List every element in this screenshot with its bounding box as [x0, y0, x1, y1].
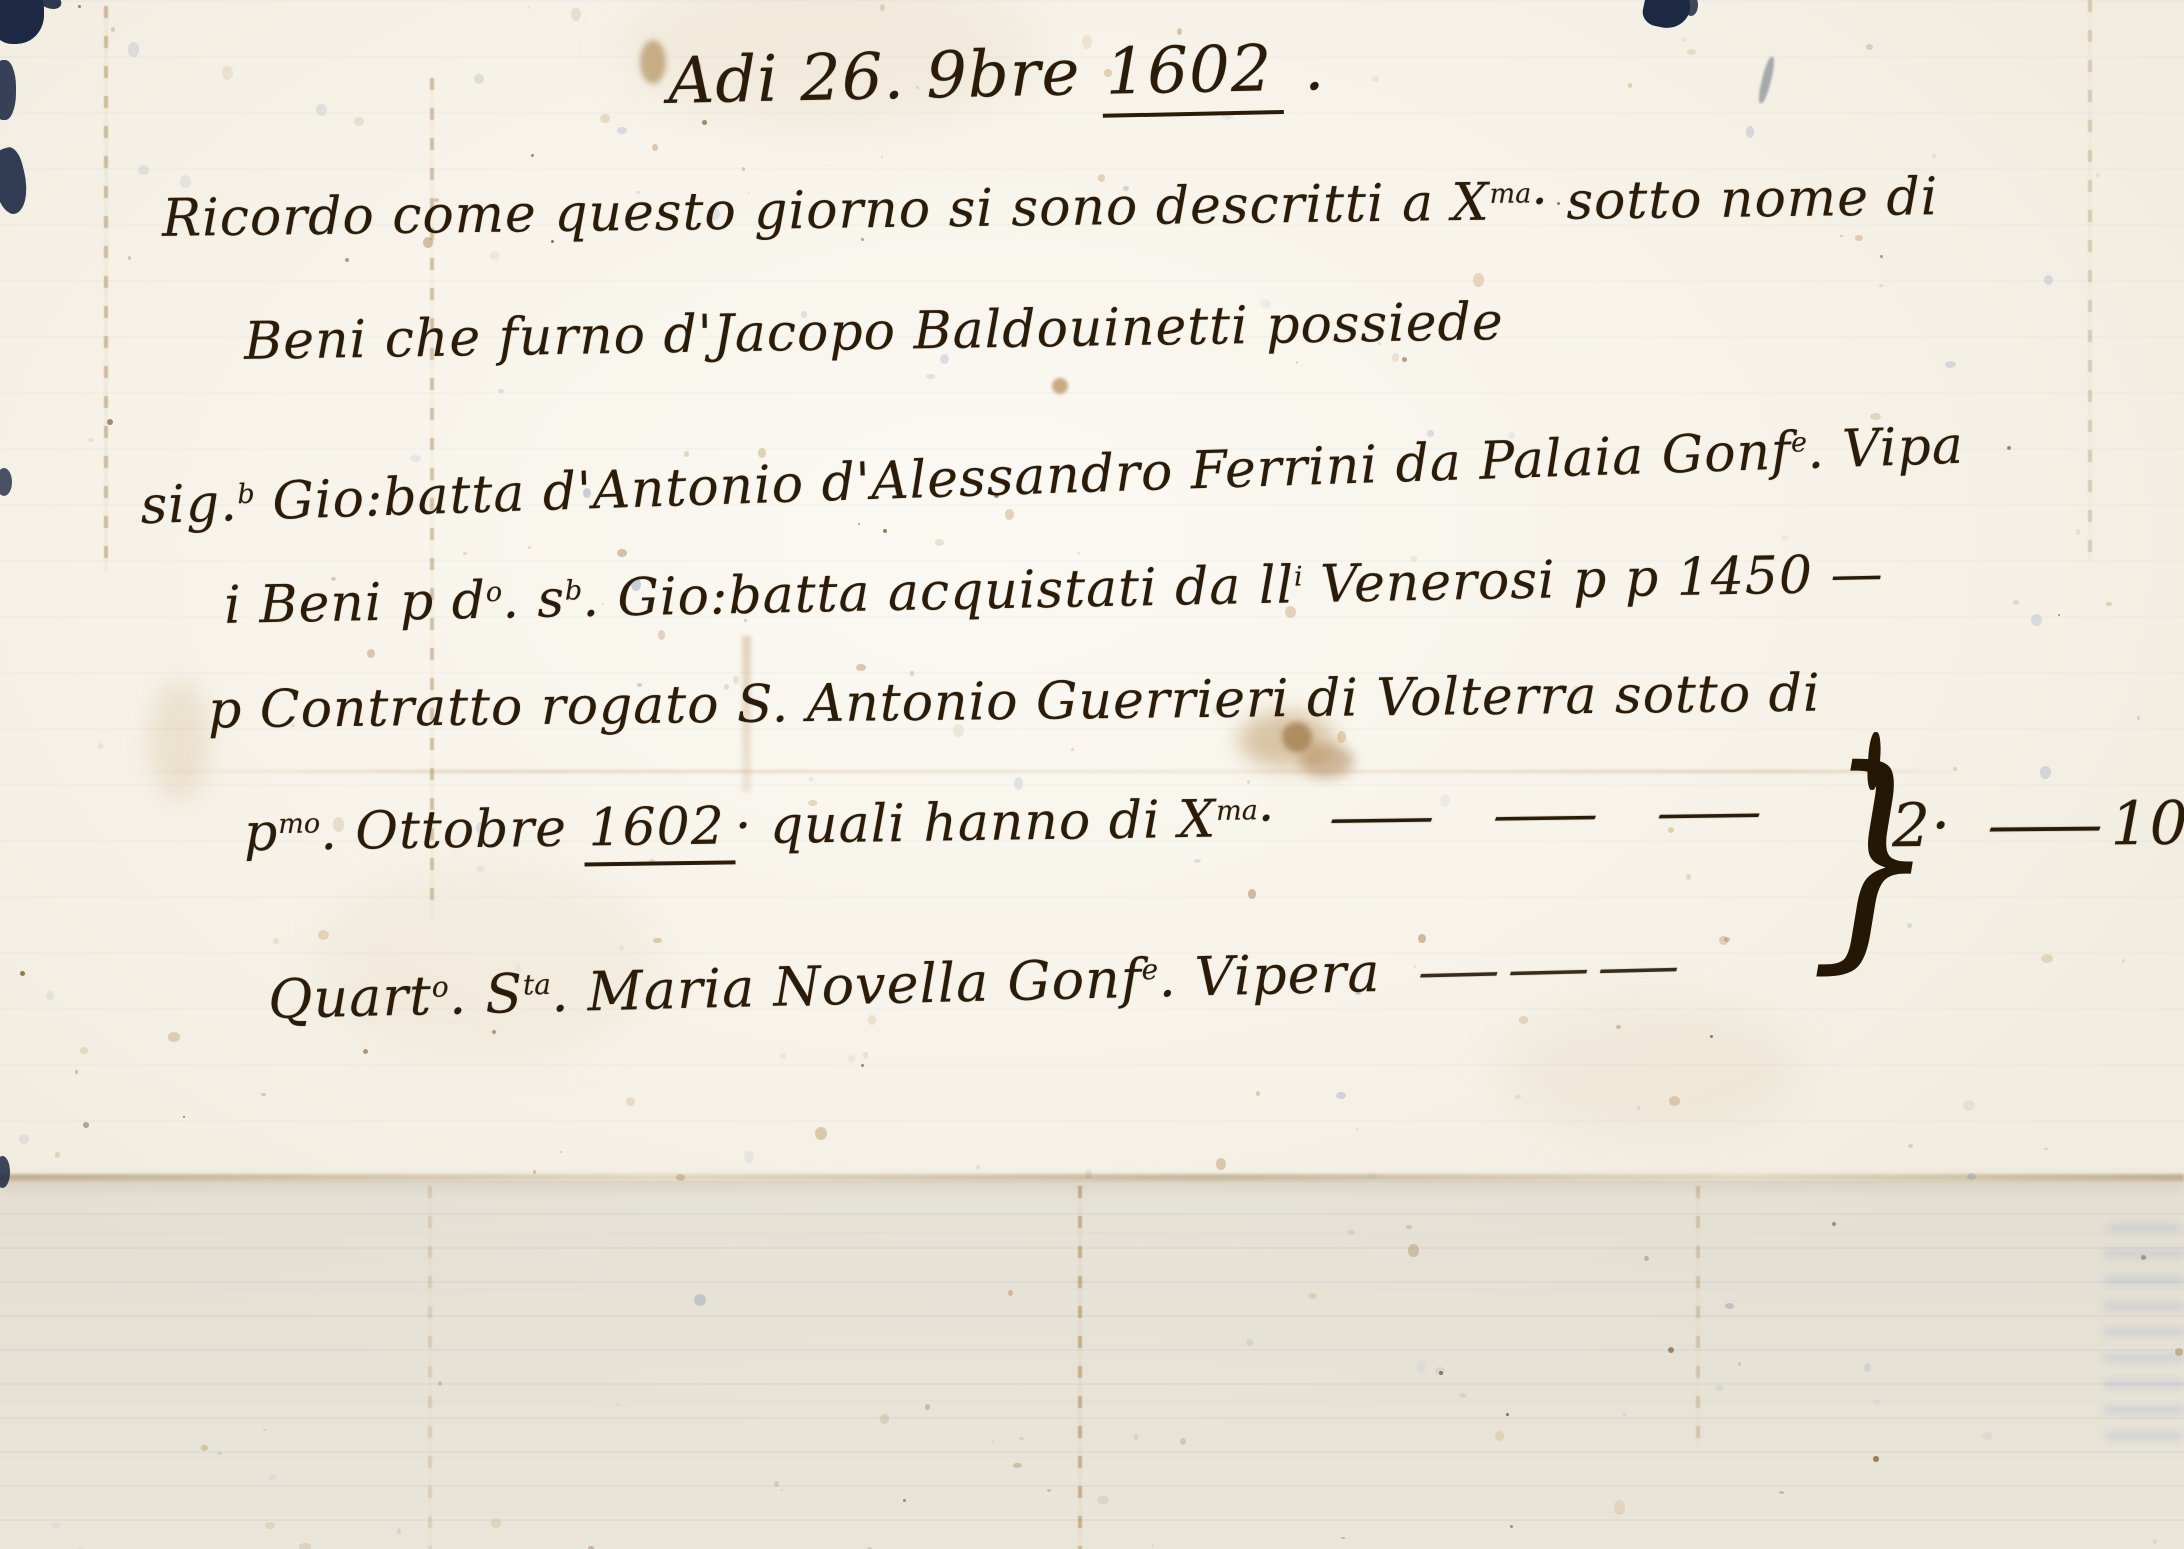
speckle [222, 66, 233, 80]
speckle [1372, 76, 1379, 82]
speckle [1248, 889, 1256, 899]
date-header-line: Adi 26. 9bre 1602 . [667, 31, 1326, 119]
speckle [600, 114, 610, 123]
speckle [1356, 1128, 1359, 1131]
speckle [88, 438, 94, 442]
text-segment: ma [1489, 178, 1531, 210]
speckle [183, 1116, 185, 1118]
speckle [809, 777, 813, 781]
text-segment: Ricordo come questo giorno si sono descr… [162, 173, 1490, 249]
speckle [1724, 937, 1730, 942]
speckle [848, 1055, 855, 1063]
speckle [883, 529, 887, 533]
vertical-crease [1696, 1186, 1700, 1446]
speckle [684, 451, 689, 457]
speckle [490, 251, 500, 260]
text-segment: i Beni p d [224, 571, 487, 636]
speckle [617, 549, 627, 557]
speckle [1840, 235, 1843, 237]
speckle [367, 649, 375, 658]
vertical-crease [104, 6, 108, 572]
ink-blot [0, 468, 12, 496]
speckle [858, 523, 860, 525]
speckle [128, 42, 139, 57]
speckle [1216, 1158, 1226, 1170]
text-segment: 1602 [584, 796, 735, 866]
speckle [742, 167, 745, 171]
speckle [474, 74, 484, 84]
speckle [354, 117, 364, 126]
speckle [560, 1151, 562, 1153]
speckle [261, 1093, 266, 1096]
speckle [863, 1052, 868, 1059]
text-segment: ma [1216, 795, 1258, 827]
text-segment: 1602 [1101, 32, 1284, 118]
speckle [1256, 1091, 1260, 1096]
speckle [926, 374, 935, 379]
speckle [128, 256, 131, 260]
speckle [1746, 126, 1754, 138]
speckle [1194, 859, 1201, 863]
text-segment: . S [448, 962, 524, 1027]
text-segment: Adi 26. 9bre [667, 36, 1102, 119]
manuscript-line-acquisto: i Beni p do. sb. Gio:batta acquistati da… [224, 544, 1885, 636]
text-segment: . Ottobre [320, 798, 585, 862]
speckle [1247, 780, 1250, 784]
speckle [1005, 509, 1014, 520]
speckle [1337, 731, 1346, 743]
speckle [1866, 44, 1873, 50]
text-segment: · [1258, 789, 1294, 849]
manuscript-line-contratto: p Contratto rogato S. Antonio Guerrieri … [208, 664, 1821, 741]
lower-paper-section [0, 1181, 2184, 1549]
text-segment: . Maria Novella Gonf [550, 947, 1142, 1024]
speckle [363, 1049, 368, 1054]
speckle [935, 539, 944, 546]
horizontal-fold-line [110, 770, 1970, 773]
speckle [1963, 1100, 1975, 1111]
text-segment: p Contratto rogato S. Antonio Guerrieri … [208, 664, 1821, 741]
speckle [815, 1127, 827, 1140]
speckle [2041, 954, 2053, 963]
speckle [404, 1102, 406, 1104]
vertical-crease [428, 1186, 432, 1549]
ink-blot [1684, 0, 1698, 16]
speckle [571, 8, 581, 21]
speckle [55, 1152, 60, 1158]
ink-blot [0, 0, 44, 44]
manuscript-line-signore: sig.b Gio:batta d'Antonio d'Alessandro F… [140, 416, 1965, 536]
speckle [2007, 446, 2011, 450]
speckle [1880, 255, 1883, 258]
speckle [702, 120, 707, 125]
speckle [1628, 83, 1632, 88]
speckle [1014, 777, 1023, 790]
speckle [316, 104, 327, 116]
speckle [780, 1053, 786, 1059]
speckle [138, 165, 149, 175]
speckle [528, 546, 531, 549]
speckle [527, 6, 530, 9]
speckle [1945, 361, 1956, 368]
text-segment: . Gio:batta acquistati da ll [582, 555, 1295, 629]
text-segment: p [244, 803, 279, 863]
speckle [1077, 552, 1080, 555]
speckle [46, 991, 54, 1000]
speckle [2013, 600, 2019, 605]
speckle [1687, 49, 1696, 55]
text-segment: o [486, 577, 503, 608]
text-segment: e [1141, 953, 1158, 986]
text-segment: ——— [1327, 781, 1819, 848]
text-segment: mo [278, 808, 320, 840]
speckle [1908, 1144, 1913, 1148]
text-segment: 2· [1892, 791, 1972, 862]
text-segment: Gio:batta d'Antonio d'Alessandro Ferrini… [254, 421, 1792, 532]
speckle [463, 552, 467, 555]
text-segment: ta [523, 968, 552, 1002]
faint-pen-mark [1756, 56, 1776, 105]
speckle [410, 455, 421, 462]
speckle [2122, 959, 2125, 963]
speckle [617, 127, 627, 134]
main-fold-line [0, 1174, 2184, 1181]
speckle [1296, 361, 1298, 364]
text-segment: · quali hanno di X [734, 790, 1216, 857]
text-segment: b [237, 479, 255, 511]
speckle [626, 1097, 635, 1106]
speckle [976, 1165, 980, 1170]
speckle [498, 389, 504, 393]
text-segment: Quart [267, 964, 432, 1031]
vertical-crease [1078, 1186, 1082, 1549]
paper-stain [1500, 1000, 1800, 1140]
text-segment: · sotto nome di [1531, 167, 1939, 232]
speckle [19, 1134, 29, 1144]
speckle [1402, 357, 1407, 362]
text-segment: e [1790, 427, 1807, 459]
speckle [2058, 614, 2060, 616]
speckle [1336, 1092, 1346, 1099]
speckle [20, 971, 25, 976]
speckle [80, 1047, 88, 1054]
speckle [1473, 273, 1484, 287]
speckle [2096, 173, 2100, 177]
text-segment: ——— [1416, 934, 1687, 1004]
speckle [744, 1151, 754, 1163]
speckle [1719, 936, 1728, 945]
speckle [78, 5, 81, 8]
speckle [2031, 614, 2042, 626]
text-segment: . [1282, 31, 1326, 106]
speckle [111, 27, 115, 32]
speckle [1519, 1016, 1528, 1024]
speckle [2040, 766, 2051, 779]
blue-streaks [2104, 1224, 2184, 1444]
speckle [856, 664, 866, 671]
paper-stain [150, 680, 210, 800]
speckle [1932, 154, 1936, 158]
speckle [652, 144, 658, 151]
speckle [273, 938, 279, 944]
ink-stain [1052, 378, 1068, 394]
speckle [2076, 529, 2080, 535]
speckle [2137, 716, 2140, 720]
manuscript-page: Adi 26. 9bre 1602 . Ricordo come questo … [0, 0, 2184, 1549]
speckle [2044, 1148, 2048, 1150]
decima-amount-value: 2· — 10 [1892, 789, 2184, 862]
speckle [861, 1064, 864, 1067]
speckle [168, 1032, 180, 1042]
speckle [1392, 353, 1399, 362]
speckle [1681, 37, 1686, 42]
text-segment: sig. [140, 473, 239, 536]
speckle [1781, 535, 1788, 540]
speckle [1071, 748, 1074, 751]
speckle [83, 1122, 89, 1128]
speckle [531, 154, 534, 157]
speckle [881, 156, 883, 158]
text-segment: . Vipera [1158, 941, 1400, 1010]
text-segment: . Vipa [1806, 416, 1965, 481]
speckle [345, 258, 349, 262]
text-segment: b [565, 575, 583, 606]
speckle [180, 175, 191, 188]
speckle [98, 743, 103, 749]
text-segment: o [431, 970, 449, 1003]
speckle [1855, 235, 1863, 241]
speckle [2044, 275, 2053, 285]
text-segment: Venerosi p p 1450 — [1302, 544, 1884, 615]
text-segment: — [1985, 789, 2108, 860]
manuscript-line-ottobre: pmo. Ottobre 1602· quali hanno di Xma· —… [244, 785, 1562, 863]
speckle [1879, 284, 1883, 287]
ink-blot [0, 145, 34, 217]
speckle [1686, 874, 1691, 880]
speckle [75, 1070, 78, 1074]
speckle [658, 630, 665, 640]
ink-stain [1300, 744, 1354, 778]
vertical-crease [2088, 0, 2092, 560]
ink-blot [0, 60, 16, 120]
speckle [2106, 602, 2112, 606]
manuscript-line-ricordo: Ricordo come questo giorno si sono descr… [162, 167, 1939, 249]
text-segment: . s [502, 569, 566, 630]
